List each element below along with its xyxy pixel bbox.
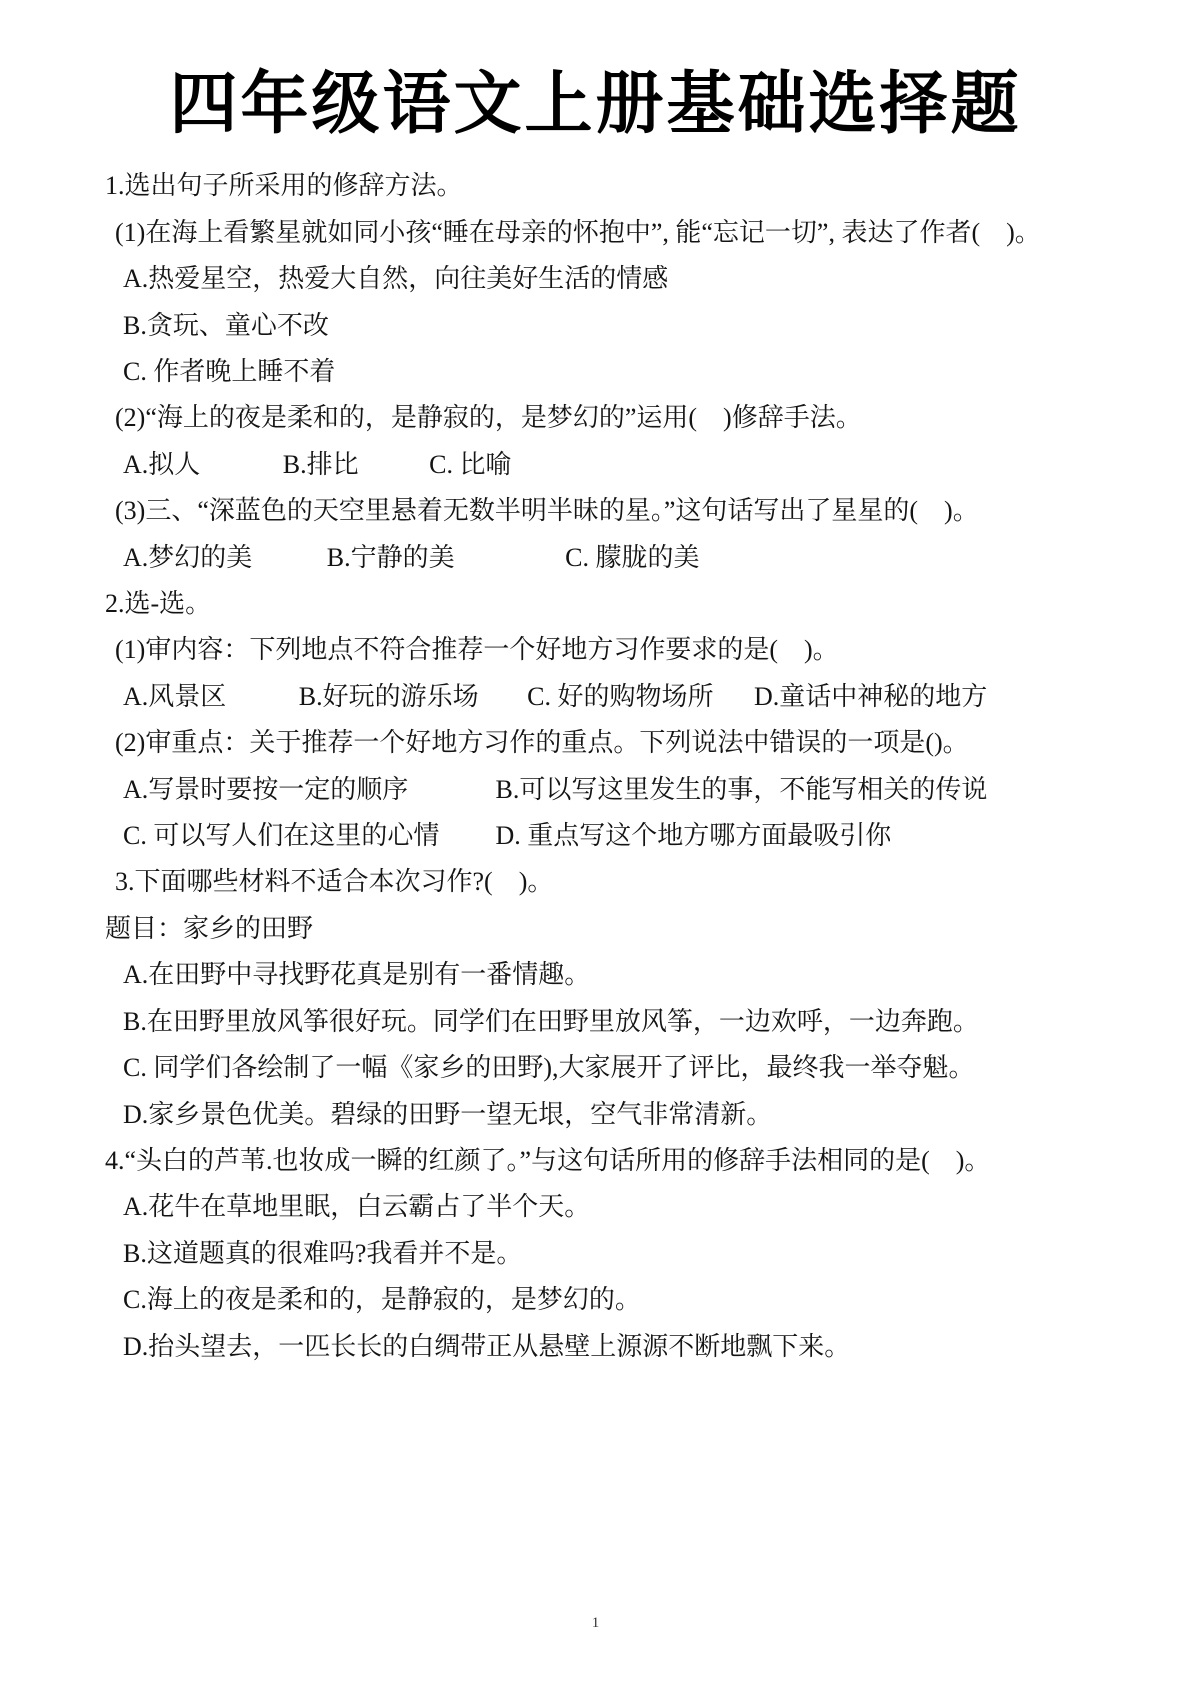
q1-sub1-option-b: B.贪玩、童心不改 bbox=[105, 303, 1171, 349]
q1-sub2-option-b: B.排比 bbox=[283, 442, 359, 488]
q4-stem: 4.“头白的芦苇.也妆成一瞬的红颜了。”与这句话所用的修辞手法相同的是( )。 bbox=[105, 1138, 1171, 1184]
q1-sub3-option-c: C. 朦胧的美 bbox=[565, 535, 699, 581]
q1-sub2-option-c: C. 比喻 bbox=[429, 442, 511, 488]
page-number: 1 bbox=[0, 1615, 1191, 1632]
q4-option-d: D.抬头望去，一匹长长的白绸带正从悬壁上源源不断地飘下来。 bbox=[105, 1324, 1171, 1370]
q2-sub2-option-b: B.可以写这里发生的事，不能写相关的传说 bbox=[496, 767, 988, 813]
q3-stem: 3.下面哪些材料不适合本次习作?( )。 bbox=[105, 859, 1171, 905]
q1-stem: 1.选出句子所采用的修辞方法。 bbox=[105, 163, 1171, 209]
q1-sub1-option-c: C. 作者晚上睡不着 bbox=[105, 349, 1171, 395]
q4-option-a: A.花牛在草地里眠，白云霸占了半个天。 bbox=[105, 1184, 1171, 1230]
q4-option-b: B.这道题真的很难吗?我看并不是。 bbox=[105, 1231, 1171, 1277]
q2-sub1-option-a: A.风景区 bbox=[123, 674, 226, 720]
q3-topic: 题目：家乡的田野 bbox=[105, 906, 1171, 952]
q3-option-c: C. 同学们各绘制了一幅《家乡的田野),大家展开了评比，最终我一举夺魁。 bbox=[105, 1045, 1171, 1091]
q4-option-c: C.海上的夜是柔和的，是静寂的，是梦幻的。 bbox=[105, 1277, 1171, 1323]
q3-option-a: A.在田野中寻找野花真是别有一番情趣。 bbox=[105, 952, 1171, 998]
worksheet-page: 四年级语文上册基础选择题 1.选出句子所采用的修辞方法。 (1)在海上看繁星就如… bbox=[0, 0, 1191, 1684]
q2-sub2-option-a: A.写景时要按一定的顺序 bbox=[123, 767, 489, 813]
q2-sub2-option-c: C. 可以写人们在这里的心情 bbox=[123, 813, 489, 859]
q2-sub2-options-row2: C. 可以写人们在这里的心情 D. 重点写这个地方哪方面最吸引你 bbox=[105, 813, 1171, 859]
q3-option-d: D.家乡景色优美。碧绿的田野一望无垠，空气非常清新。 bbox=[105, 1092, 1171, 1138]
q1-sub3-stem: (3)三、“深蓝色的天空里悬着无数半明半昧的星。”这句话写出了星星的( )。 bbox=[105, 488, 1171, 534]
q1-sub2-option-a: A.拟人 bbox=[123, 442, 200, 488]
q2-sub2-options-row1: A.写景时要按一定的顺序 B.可以写这里发生的事，不能写相关的传说 bbox=[105, 767, 1171, 813]
q1-sub1-option-a: A.热爱星空，热爱大自然，向往美好生活的情感 bbox=[105, 256, 1171, 302]
q2-sub2-stem: (2)审重点：关于推荐一个好地方习作的重点。下列说法中错误的一项是()。 bbox=[105, 720, 1171, 766]
q1-sub3-option-b: B.宁静的美 bbox=[327, 535, 455, 581]
q1-sub3-option-a: A.梦幻的美 bbox=[123, 535, 252, 581]
q2-sub1-option-b: B.好玩的游乐场 bbox=[299, 674, 479, 720]
q1-sub2-stem: (2)“海上的夜是柔和的，是静寂的，是梦幻的”运用( )修辞手法。 bbox=[105, 395, 1171, 441]
q3-option-b: B.在田野里放风筝很好玩。同学们在田野里放风筝，一边欢呼，一边奔跑。 bbox=[105, 999, 1171, 1045]
q2-stem: 2.选-选。 bbox=[105, 581, 1171, 627]
q1-sub2-options: A.拟人 B.排比 C. 比喻 bbox=[105, 442, 1171, 488]
q1-sub1-stem: (1)在海上看繁星就如同小孩“睡在母亲的怀抱中”, 能“忘记一切”, 表达了作者… bbox=[105, 210, 1171, 256]
q1-sub3-options: A.梦幻的美 B.宁静的美 C. 朦胧的美 bbox=[105, 535, 1171, 581]
q2-sub2-option-d: D. 重点写这个地方哪方面最吸引你 bbox=[496, 813, 892, 859]
q2-sub1-options: A.风景区 B.好玩的游乐场 C. 好的购物场所 D.童话中神秘的地方 bbox=[105, 674, 1171, 720]
q2-sub1-option-d: D.童话中神秘的地方 bbox=[754, 674, 987, 720]
page-title: 四年级语文上册基础选择题 bbox=[0, 0, 1191, 157]
q2-sub1-option-c: C. 好的购物场所 bbox=[527, 674, 713, 720]
worksheet-body: 1.选出句子所采用的修辞方法。 (1)在海上看繁星就如同小孩“睡在母亲的怀抱中”… bbox=[0, 163, 1191, 1370]
q2-sub1-stem: (1)审内容：下列地点不符合推荐一个好地方习作要求的是( )。 bbox=[105, 627, 1171, 673]
